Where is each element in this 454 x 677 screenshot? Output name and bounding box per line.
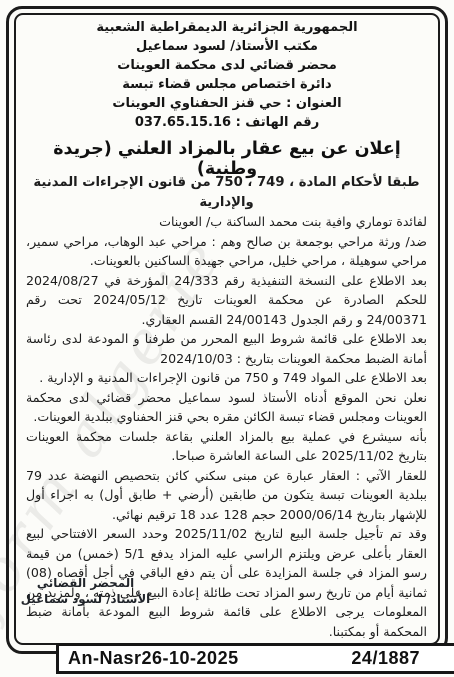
body-paragraph-defendants: ضد/ ورثة مراحي بوجمعة بن صالح وهم : مراح… [26,232,427,271]
signature-block: المحضر القضائي الأستاذ/ لسود سماعيل [18,575,153,607]
header-line-office: مكتب الأستاذ/ لسود سماعيل [24,37,430,56]
body-paragraph-property-description: للعقار الآتي : العقار عبارة عن مبنى سكني… [26,466,427,525]
header-line-address: العنوان : حي قنز الحفناوي العوينات [24,94,430,113]
publication-stamp: An-Nasr 26-10-2025 24/1887 [56,643,454,674]
publication-date: 26-10-2025 [142,648,239,669]
letterhead: الجمهورية الجزائرية الديمقراطية الشعبية … [24,18,430,132]
publication-source: An-Nasr 26-10-2025 [68,648,239,669]
body-paragraph-beneficiary: لفائدة توماري وافية بنت محمد الساكنة ب/ … [26,212,427,232]
header-line-republic: الجمهورية الجزائرية الديمقراطية الشعبية [24,18,430,37]
notice-body: طبقا لأحكام المادة ، 749 ، 750 من قانون … [26,173,427,641]
body-paragraph-declaration: نعلن نحن الموقع أدناه الأستاذ لسود سماعي… [26,388,427,427]
header-line-phone: رقم الهاتف : 037.65.15.16 [24,113,430,132]
signature-role: المحضر القضائي [18,575,153,591]
signature-name: الأستاذ/ لسود سماعيل [18,591,153,607]
body-paragraph-auction-date: بأنه سيشرع في عملية بيع بالمزاد العلني ب… [26,427,427,466]
document-page: form algerie الجمهورية الجزائرية الديمقر… [0,0,454,677]
reference-number: 24/1887 [351,648,420,669]
body-paragraph-articles: بعد الاطلاع على المواد 749 و 750 من قانو… [26,368,427,388]
header-line-bailiff: محضر قضائي لدى محكمة العوينات [24,56,430,75]
body-paragraph-sale-conditions: بعد الاطلاع على قائمة شروط البيع المحرر … [26,329,427,368]
body-paragraph-executive-copy: بعد الاطلاع على النسخة التنفيذية رقم 24/… [26,271,427,330]
header-line-jurisdiction: دائرة اختصاص مجلس قضاء تبسة [24,75,430,94]
newspaper-name: An-Nasr [68,648,142,669]
body-paragraph-legal-basis: طبقا لأحكام المادة ، 749 ، 750 من قانون … [26,173,427,212]
